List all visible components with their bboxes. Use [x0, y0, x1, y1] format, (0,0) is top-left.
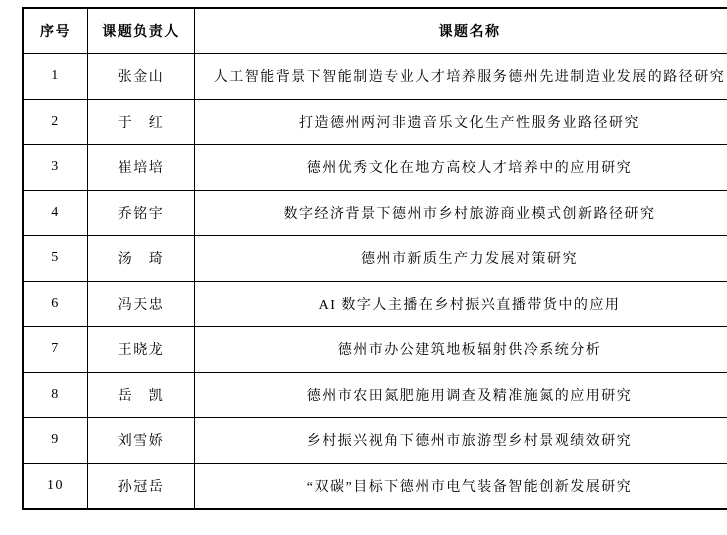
project-leader-cell: 冯天忠 — [88, 281, 195, 327]
project-title-cell: 打造德州两河非遗音乐文化生产性服务业路径研究 — [195, 99, 727, 145]
table-row: 10孙冠岳“双碳”目标下德州市电气装备智能创新发展研究 — [23, 463, 727, 509]
project-title-cell: AI 数字人主播在乡村振兴直播带货中的应用 — [195, 281, 727, 327]
project-leader-cell: 王晓龙 — [88, 327, 195, 373]
serial-number-cell: 5 — [23, 236, 88, 282]
project-title-cell: 德州优秀文化在地方高校人才培养中的应用研究 — [195, 145, 727, 191]
project-list-table: 序号 课题负责人 课题名称 1张金山人工智能背景下智能制造专业人才培养服务德州先… — [22, 7, 727, 510]
serial-number-cell: 7 — [23, 327, 88, 373]
serial-number-cell: 8 — [23, 372, 88, 418]
table-row: 3崔培培德州优秀文化在地方高校人才培养中的应用研究 — [23, 145, 727, 191]
project-leader-cell: 汤 琦 — [88, 236, 195, 282]
serial-number-cell: 6 — [23, 281, 88, 327]
serial-number-cell: 10 — [23, 463, 88, 509]
project-leader-cell: 刘雪娇 — [88, 418, 195, 464]
table-body: 1张金山人工智能背景下智能制造专业人才培养服务德州先进制造业发展的路径研究2于 … — [23, 54, 727, 510]
project-leader-cell: 乔铭宇 — [88, 190, 195, 236]
document-page: 序号 课题负责人 课题名称 1张金山人工智能背景下智能制造专业人才培养服务德州先… — [0, 0, 727, 535]
project-title-cell: “双碳”目标下德州市电气装备智能创新发展研究 — [195, 463, 727, 509]
table-row: 2于 红打造德州两河非遗音乐文化生产性服务业路径研究 — [23, 99, 727, 145]
serial-number-cell: 2 — [23, 99, 88, 145]
project-title-cell: 德州市办公建筑地板辐射供冷系统分析 — [195, 327, 727, 373]
project-title-cell: 人工智能背景下智能制造专业人才培养服务德州先进制造业发展的路径研究 — [195, 54, 727, 100]
table-row: 6冯天忠AI 数字人主播在乡村振兴直播带货中的应用 — [23, 281, 727, 327]
project-title-cell: 乡村振兴视角下德州市旅游型乡村景观绩效研究 — [195, 418, 727, 464]
project-leader-cell: 孙冠岳 — [88, 463, 195, 509]
table-row: 5汤 琦德州市新质生产力发展对策研究 — [23, 236, 727, 282]
table-row: 7王晓龙德州市办公建筑地板辐射供冷系统分析 — [23, 327, 727, 373]
table-row: 1张金山人工智能背景下智能制造专业人才培养服务德州先进制造业发展的路径研究 — [23, 54, 727, 100]
project-leader-cell: 于 红 — [88, 99, 195, 145]
project-leader-cell: 崔培培 — [88, 145, 195, 191]
header-serial-number: 序号 — [23, 8, 88, 54]
serial-number-cell: 1 — [23, 54, 88, 100]
project-title-cell: 德州市农田氮肥施用调查及精准施氮的应用研究 — [195, 372, 727, 418]
table-header-row: 序号 课题负责人 课题名称 — [23, 8, 727, 54]
table-row: 9刘雪娇乡村振兴视角下德州市旅游型乡村景观绩效研究 — [23, 418, 727, 464]
serial-number-cell: 4 — [23, 190, 88, 236]
project-leader-cell: 张金山 — [88, 54, 195, 100]
project-title-cell: 数字经济背景下德州市乡村旅游商业模式创新路径研究 — [195, 190, 727, 236]
header-project-leader: 课题负责人 — [88, 8, 195, 54]
serial-number-cell: 3 — [23, 145, 88, 191]
project-title-cell: 德州市新质生产力发展对策研究 — [195, 236, 727, 282]
serial-number-cell: 9 — [23, 418, 88, 464]
table-row: 4乔铭宇数字经济背景下德州市乡村旅游商业模式创新路径研究 — [23, 190, 727, 236]
project-leader-cell: 岳 凯 — [88, 372, 195, 418]
header-project-title: 课题名称 — [195, 8, 727, 54]
table-row: 8岳 凯德州市农田氮肥施用调查及精准施氮的应用研究 — [23, 372, 727, 418]
